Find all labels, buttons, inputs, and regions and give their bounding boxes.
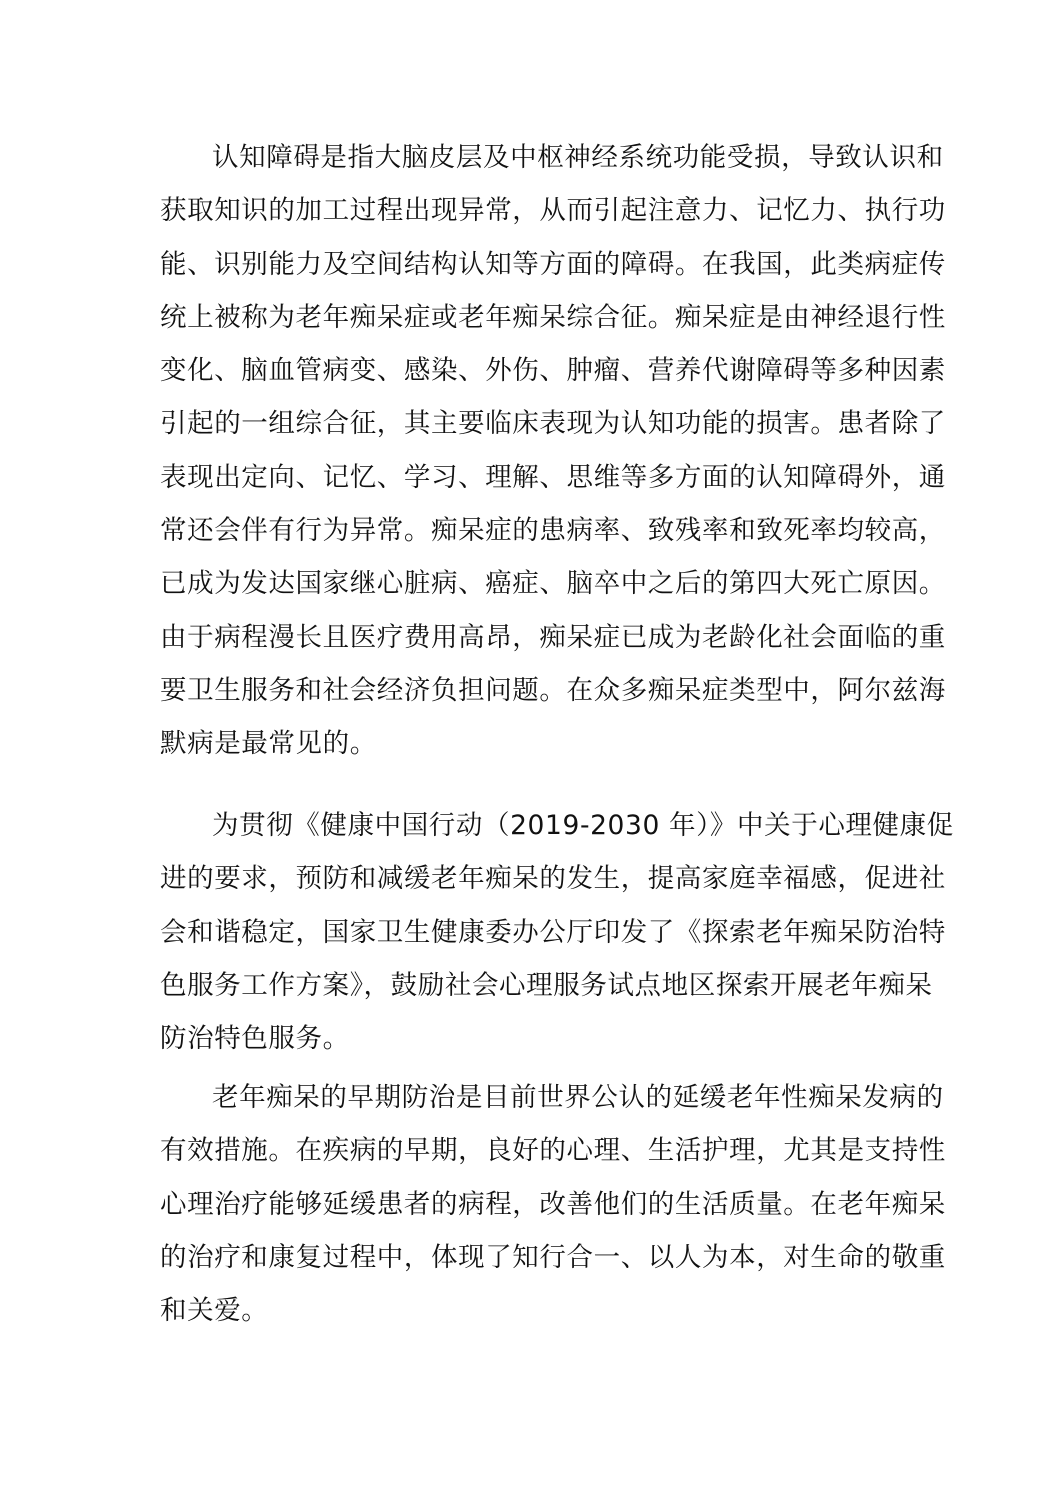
text-line: 色服务工作方案》，鼓励社会心理服务试点地区探索开展老年痴呆 [160, 968, 890, 1021]
text-line: 防治特色服务。 [160, 1021, 890, 1074]
text-line: 变化、脑血管病变、感染、外伤、肿瘤、营养代谢障碍等多种因素 [160, 353, 890, 406]
text-line: 为贯彻《健康中国行动（2019-2030 年）》中关于心理健康促 [160, 808, 890, 861]
text-line: 会和谐稳定，国家卫生健康委办公厅印发了《探索老年痴呆防治特 [160, 915, 890, 968]
paragraph-cognitive-impairment: 认知障碍是指大脑皮层及中枢神经系统功能受损，导致认识和 获取知识的加工过程出现异… [160, 140, 890, 780]
paragraph-early-prevention: 老年痴呆的早期防治是目前世界公认的延缓老年性痴呆发病的 有效措施。在疾病的早期，… [160, 1080, 890, 1346]
text-line: 获取知识的加工过程出现异常，从而引起注意力、记忆力、执行功 [160, 193, 890, 246]
text-line: 心理治疗能够延缓患者的病程，改善他们的生活质量。在老年痴呆 [160, 1187, 890, 1240]
text-line: 默病是最常见的。 [160, 726, 890, 779]
text-line: 进的要求，预防和减缓老年痴呆的发生，提高家庭幸福感，促进社 [160, 861, 890, 914]
text-line: 能、识别能力及空间结构认知等方面的障碍。在我国，此类病症传 [160, 247, 890, 300]
text-line: 和关爱。 [160, 1293, 890, 1346]
text-line: 要卫生服务和社会经济负担问题。在众多痴呆症类型中，阿尔兹海 [160, 673, 890, 726]
text-line: 的治疗和康复过程中，体现了知行合一、以人为本，对生命的敬重 [160, 1240, 890, 1293]
text-line: 已成为发达国家继心脏病、癌症、脑卒中之后的第四大死亡原因。 [160, 566, 890, 619]
text-line: 有效措施。在疾病的早期，良好的心理、生活护理，尤其是支持性 [160, 1133, 890, 1186]
text-line: 表现出定向、记忆、学习、理解、思维等多方面的认知障碍外，通 [160, 460, 890, 513]
paragraph-policy: 为贯彻《健康中国行动（2019-2030 年）》中关于心理健康促 进的要求，预防… [160, 808, 890, 1074]
text-line: 引起的一组综合征，其主要临床表现为认知功能的损害。患者除了 [160, 406, 890, 459]
text-line: 老年痴呆的早期防治是目前世界公认的延缓老年性痴呆发病的 [160, 1080, 890, 1133]
text-line: 常还会伴有行为异常。痴呆症的患病率、致残率和致死率均较高， [160, 513, 890, 566]
text-line: 认知障碍是指大脑皮层及中枢神经系统功能受损，导致认识和 [160, 140, 890, 193]
document-page: 认知障碍是指大脑皮层及中枢神经系统功能受损，导致认识和 获取知识的加工过程出现异… [0, 0, 1059, 1497]
text-line: 由于病程漫长且医疗费用高昂，痴呆症已成为老龄化社会面临的重 [160, 620, 890, 673]
text-line: 统上被称为老年痴呆症或老年痴呆综合征。痴呆症是由神经退行性 [160, 300, 890, 353]
